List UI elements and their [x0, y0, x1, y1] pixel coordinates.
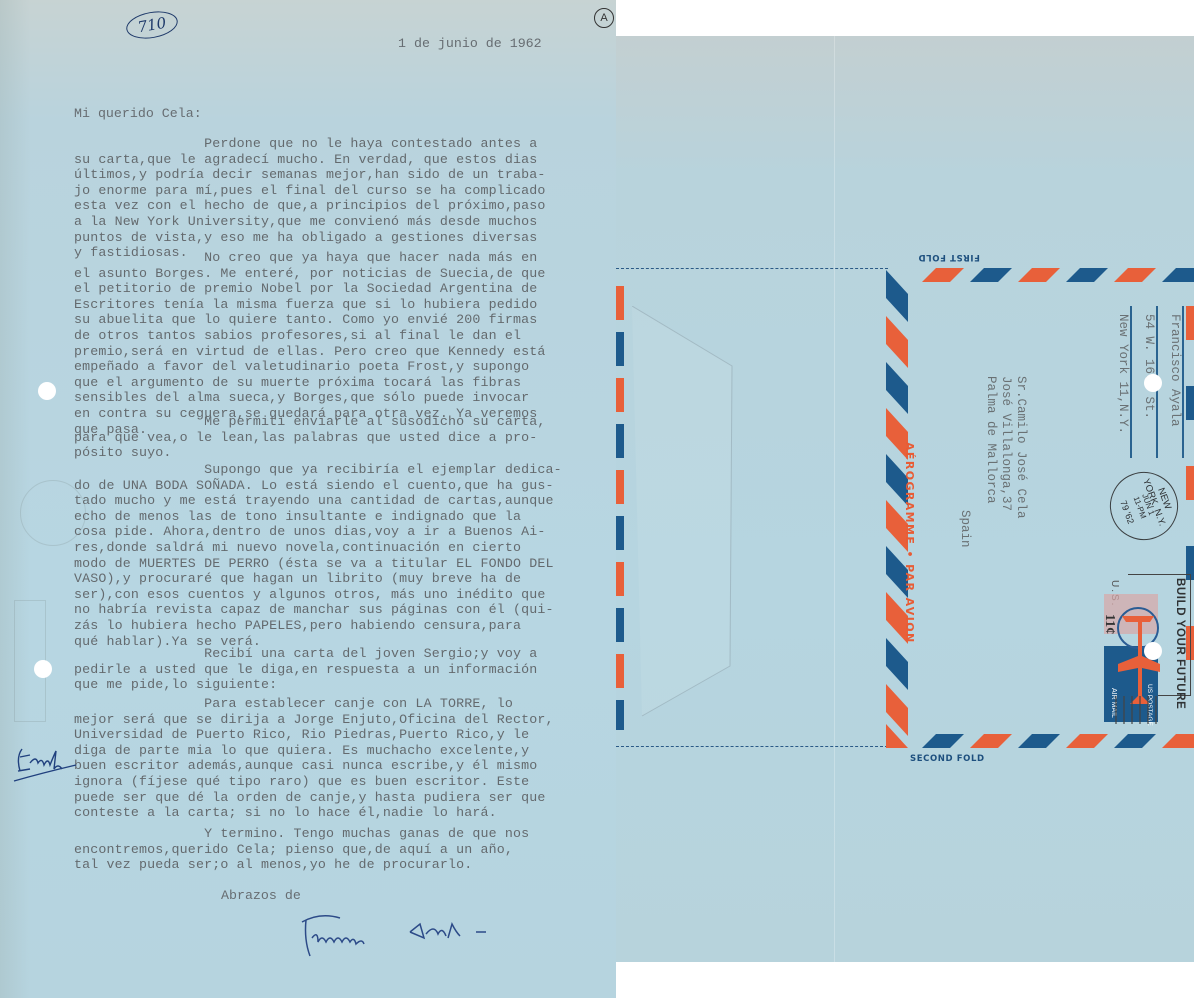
margin-note-escrito-icon: [12, 735, 78, 785]
aerogramme-par-avion-label: AÉROGRAMME • PAR AVION: [903, 442, 916, 644]
punch-hole: [34, 660, 52, 678]
paragraph-1: Perdone que no le haya contestado antes …: [74, 136, 614, 261]
airmail-stripes-top-icon: [912, 266, 1194, 286]
paragraph-5: Recibí una carta del joven Sergio;y voy …: [74, 646, 614, 693]
recipient-address: Sr.Camilo José Cela José Villalonga,37 P…: [983, 376, 1028, 519]
recipient-line-1: Sr.Camilo José Cela: [1014, 376, 1028, 519]
punch-hole: [1144, 374, 1162, 392]
first-fold-label: FIRST FOLD: [918, 252, 980, 262]
letter-page: 710 A 1 de junio de 1962 Mi querido Cela…: [0, 0, 616, 998]
paragraph-3: Me permití enviarle al susodicho su cart…: [74, 414, 614, 461]
sender-line-2: 54 W. 16th St.: [1142, 314, 1156, 419]
aerogramme-page: FIRST FOLD SECOND FOLD: [616, 36, 1194, 962]
paragraph-6: Para establecer canje con LA TORRE, lo m…: [74, 696, 614, 821]
paragraph-7: Y termino. Tengo muchas ganas de que nos…: [74, 826, 614, 873]
airmail-stripes-left-icon: [616, 276, 628, 736]
recipient-line-3: Palma de Mallorca: [984, 376, 998, 504]
second-fold-line: [616, 746, 888, 747]
archive-number: 710: [124, 8, 180, 43]
paragraph-4: Supongo que ya recibiría el ejemplar ded…: [74, 462, 614, 649]
svg-text:US POSTAGE: US POSTAGE: [1146, 684, 1153, 726]
svg-text:11¢: 11¢: [1104, 614, 1117, 634]
cancel-slogan: BUILD YOUR FUTURE: [1174, 578, 1186, 709]
postmark: NEW YORK, N.Y. JUN 111-PM 79 '62: [1100, 462, 1187, 549]
closing: Abrazos de: [221, 888, 301, 903]
letter-date: 1 de junio de 1962: [398, 36, 542, 51]
paragraph-2: No creo que ya haya que hacer nada más e…: [74, 250, 614, 437]
paper-crease: [834, 36, 835, 962]
salutation: Mi querido Cela:: [74, 106, 202, 121]
recipient-country: Spain: [957, 510, 972, 548]
first-fold-line: [616, 268, 888, 269]
corner-mark: A: [594, 8, 614, 28]
punch-hole: [38, 382, 56, 400]
flap-outline-icon: [632, 306, 742, 726]
sender-line-3: New York 11,N.Y.: [1116, 314, 1130, 434]
sender-line-1: Francisco Ayala: [1168, 314, 1182, 427]
airmail-stripes-bottom-icon: [912, 732, 1194, 752]
signature-icon: [300, 910, 560, 960]
recipient-line-2: José Villalonga,37: [999, 376, 1013, 511]
ghost-postmark: [20, 480, 86, 546]
punch-hole: [1144, 642, 1162, 660]
second-fold-label: SECOND FOLD: [910, 754, 985, 764]
